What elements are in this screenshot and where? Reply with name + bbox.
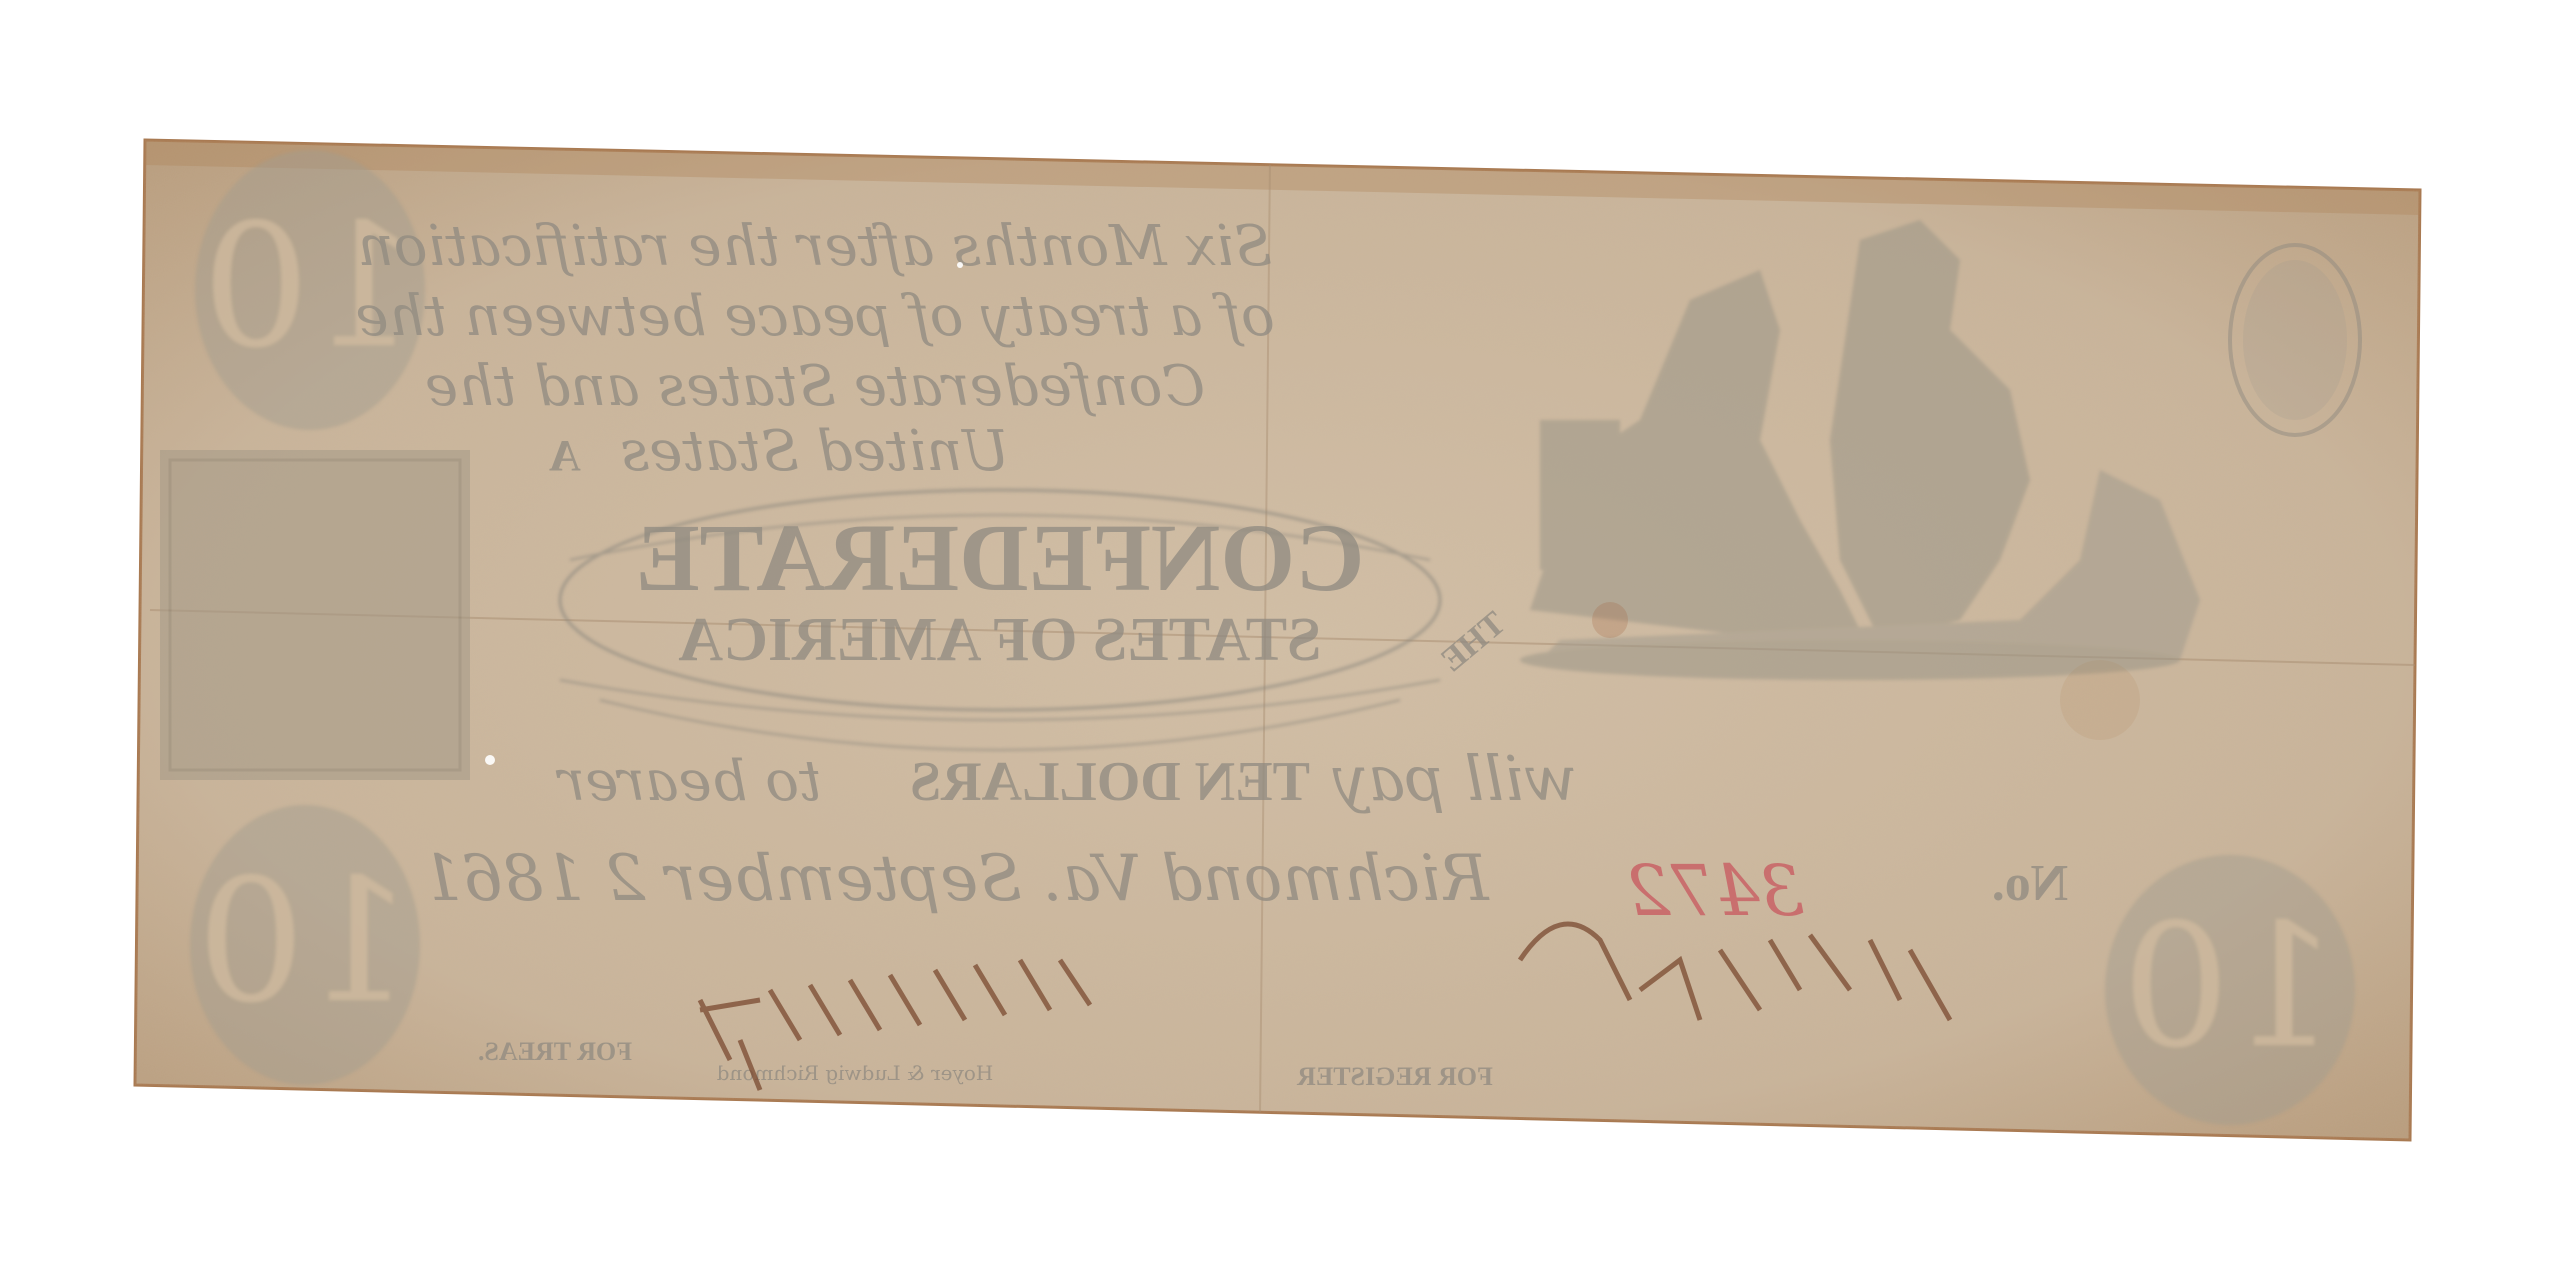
emblem-top-right (2230, 245, 2360, 435)
banknote: 10 10 10 (135, 140, 2420, 1140)
svg-text:10: 10 (2122, 888, 2338, 1086)
promise-line-1: Six Months after the ratification (358, 214, 1273, 279)
svg-text:10: 10 (197, 843, 413, 1041)
bearer-text: to bearer (555, 749, 821, 814)
title-line-1: CONFEDERATE (636, 504, 1365, 611)
promise-line-4: United States (620, 419, 1009, 484)
promise-line-3: Confederate States and the (425, 354, 1205, 419)
signature-label-register: FOR REGISTER (1297, 1062, 1493, 1091)
left-panel-vignette (160, 450, 470, 780)
title-line-2: STATES OF AMERICA (678, 606, 1321, 674)
amount-text: TEN DOLLARS (910, 751, 1310, 813)
denomination-oval-bottom-right: 10 (2105, 855, 2355, 1125)
signature-label-treas: FOR TREAS. (478, 1037, 632, 1066)
place-date: Richmond Va. September 2 1861 (421, 842, 1489, 916)
plate-letter: A (549, 431, 581, 480)
promise-line-2: of a treaty of peace between the (355, 284, 1274, 349)
denomination-oval-bottom-left: 10 (190, 805, 420, 1085)
serial-number: 3472 (1626, 850, 1804, 932)
payee-line: will pay (1332, 742, 1577, 815)
photo-stage: 10 10 10 (0, 0, 2555, 1277)
number-label: No. (1992, 855, 2069, 912)
